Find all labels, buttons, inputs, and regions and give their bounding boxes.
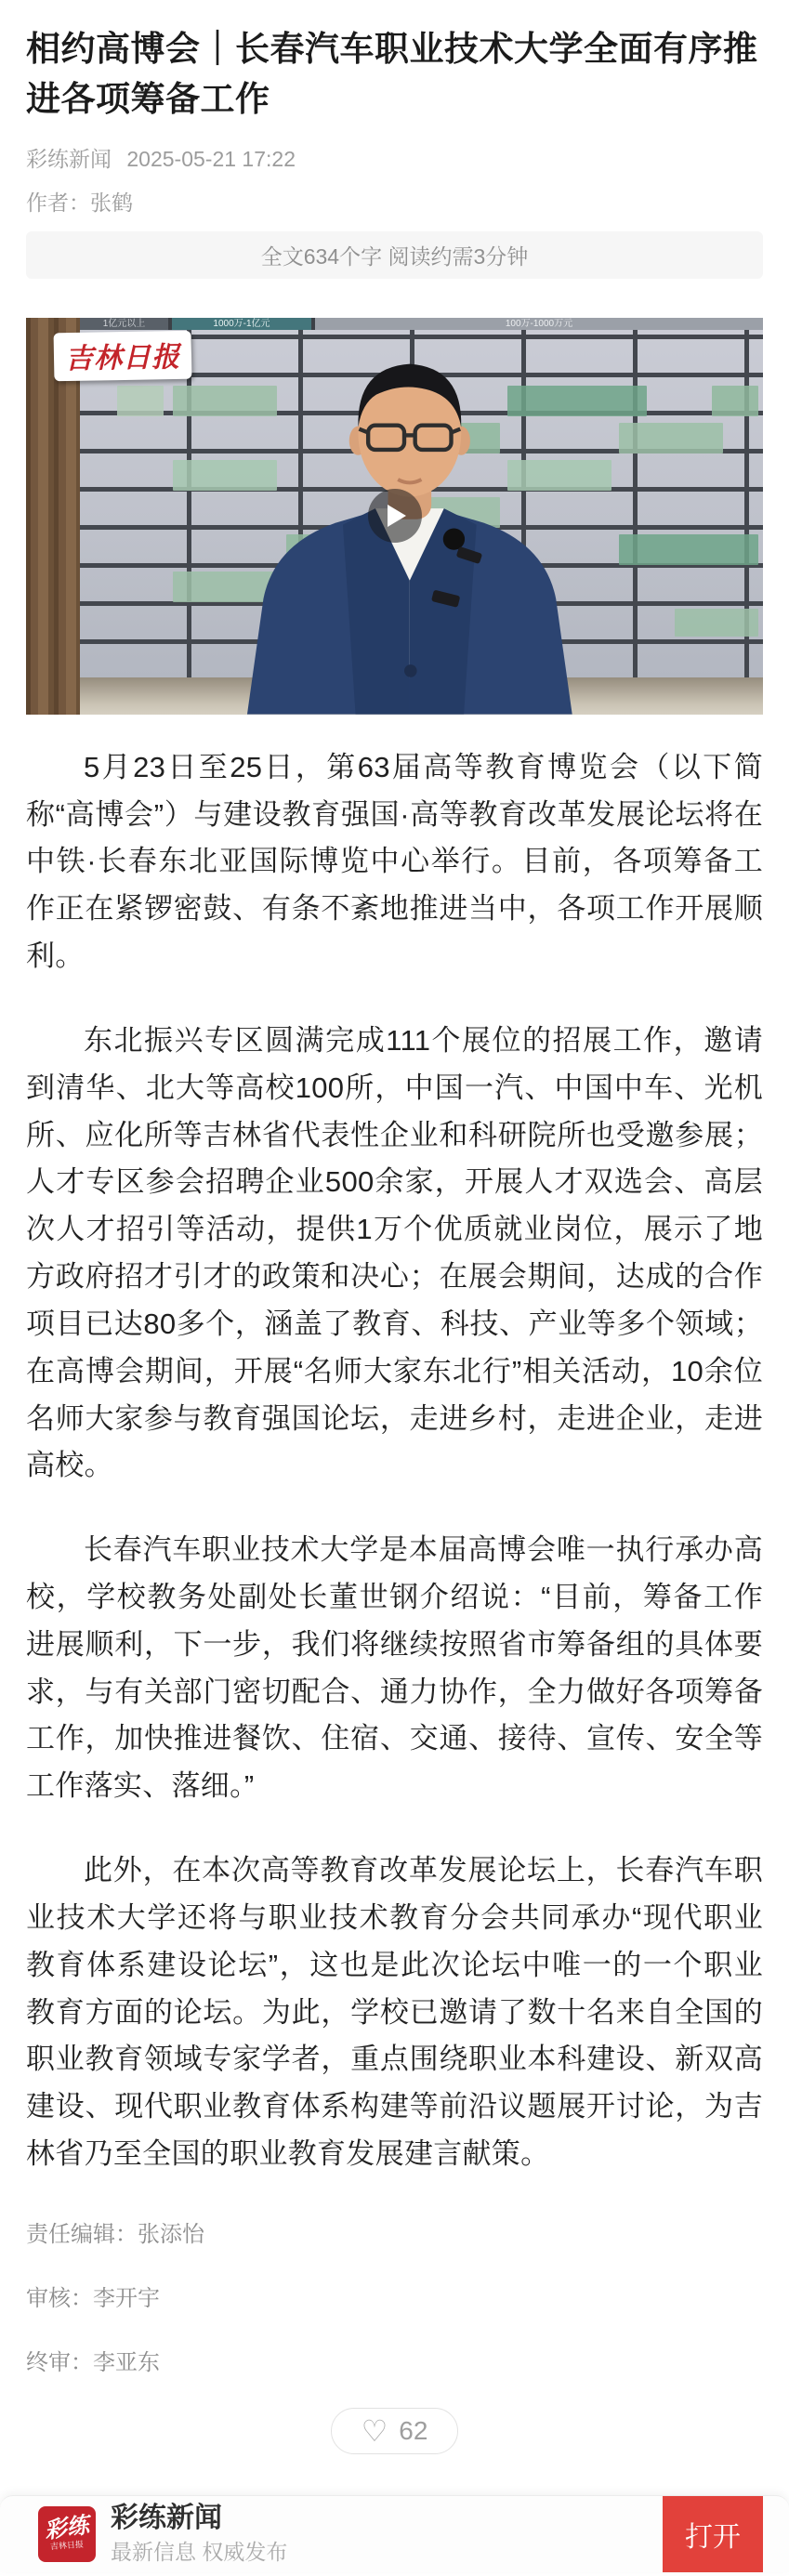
article-paragraph: 东北振兴专区圆满完成111个展位的招展工作，邀请到清华、北大等高校100所，中国… (26, 1018, 763, 1490)
article-paragraph: 此外，在本次高等教育改革发展论坛上，长春汽车职业技术大学还将与职业技术教育分会共… (26, 1847, 763, 2178)
jilin-daily-watermark: 吉林日报 (54, 330, 192, 381)
board-header-cell: 1000万-1亿元 (172, 318, 311, 330)
logo-sub-text: 吉林日报 (50, 2540, 85, 2551)
board-header-cell: 100万-1000万元 (315, 318, 763, 330)
play-icon (388, 505, 406, 527)
publish-time: 2025-05-21 17:22 (126, 147, 296, 171)
board-cell (619, 534, 758, 565)
cailian-app-logo: 彩练 吉林日报 (38, 2506, 96, 2562)
board-header-cell: 1亿元以上 (80, 318, 168, 330)
author-line: 作者：张鹤 (26, 186, 763, 217)
app-tagline: 最新信息 权威发布 (111, 2539, 287, 2567)
heart-outline-icon: ♡ (362, 2416, 388, 2446)
open-app-button[interactable]: 打开 (663, 2496, 763, 2572)
board-cell (675, 609, 758, 637)
article-meta: 彩练新闻 2025-05-21 17:22 (26, 142, 763, 173)
like-count: 62 (399, 2416, 427, 2446)
article-page: 相约高博会｜长春汽车职业技术大学全面有序推进各项筹备工作 彩练新闻 2025-0… (0, 0, 789, 2576)
editor-credits: 责任编辑：张添怡 审核：李开宇 终审：李亚东 (26, 2215, 763, 2376)
page-title: 相约高博会｜长春汽车职业技术大学全面有序推进各项筹备工作 (26, 24, 763, 125)
app-name: 彩练新闻 (111, 2502, 287, 2535)
word-count-bar: 全文634个字 阅读约需3分钟 (26, 231, 763, 279)
like-section: ♡ 62 (26, 2408, 763, 2454)
board-cell (117, 386, 164, 416)
editor-line: 责任编辑：张添怡 (26, 2215, 763, 2248)
play-button[interactable] (368, 489, 422, 543)
editor-line: 审核：李开宇 (26, 2280, 763, 2312)
article-paragraph: 5月23日至25日，第63届高等教育博览会（以下简称“高博会”）与建设教育强国·… (26, 744, 763, 980)
app-info: 彩练新闻 最新信息 权威发布 (111, 2502, 287, 2567)
editor-line: 终审：李亚东 (26, 2344, 763, 2376)
like-button[interactable]: ♡ 62 (331, 2408, 459, 2454)
article-body: 5月23日至25日，第63届高等教育博览会（以下简称“高博会”）与建设教育强国·… (26, 744, 763, 2178)
schedule-board-header: 1亿元以上 1000万-1亿元 100万-1000万元 (80, 318, 763, 330)
source-name: 彩练新闻 (26, 147, 112, 171)
article-paragraph: 长春汽车职业技术大学是本届高博会唯一执行承办高校，学校教务处副处长董世钢介绍说：… (26, 1527, 763, 1810)
app-download-banner[interactable]: 彩练 吉林日报 彩练新闻 最新信息 权威发布 打开 (0, 2495, 789, 2572)
board-cell (712, 386, 758, 416)
video-thumbnail[interactable]: 1亿元以上 1000万-1亿元 100万-1000万元 (26, 318, 763, 715)
